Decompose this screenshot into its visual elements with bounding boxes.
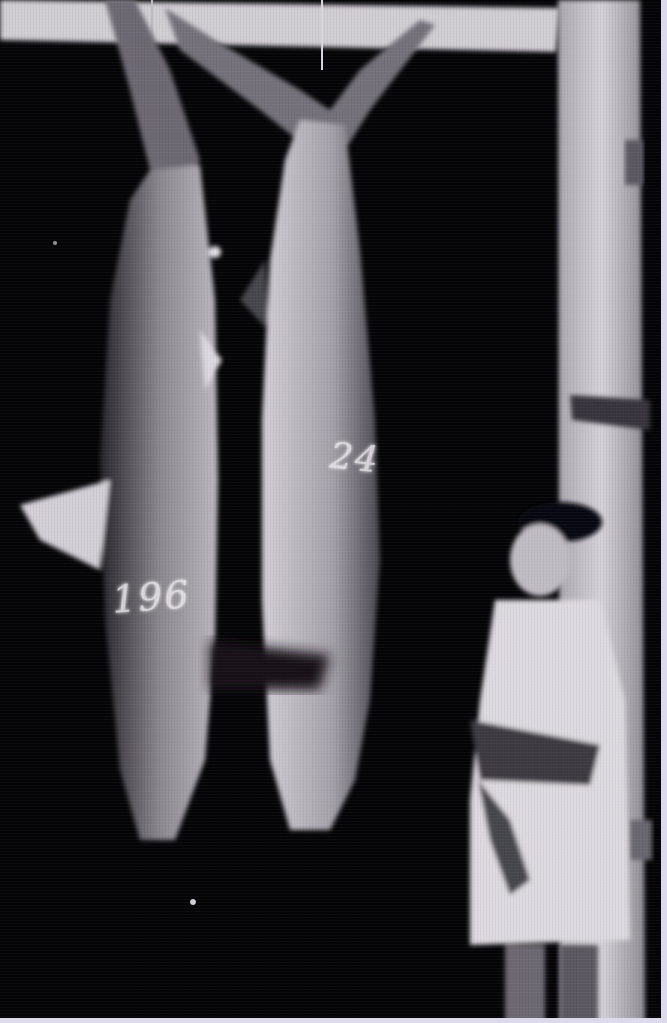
page-edge-bottom <box>0 1018 667 1023</box>
left-fish-number: 196 <box>111 572 192 621</box>
left-fish <box>20 0 222 840</box>
newspaper-photo: 196 24 <box>0 0 667 1023</box>
crossbeam <box>0 0 560 52</box>
page-edge-right <box>661 0 667 1023</box>
photo-scene <box>0 0 667 1023</box>
right-fish-number: 24 <box>328 436 382 482</box>
